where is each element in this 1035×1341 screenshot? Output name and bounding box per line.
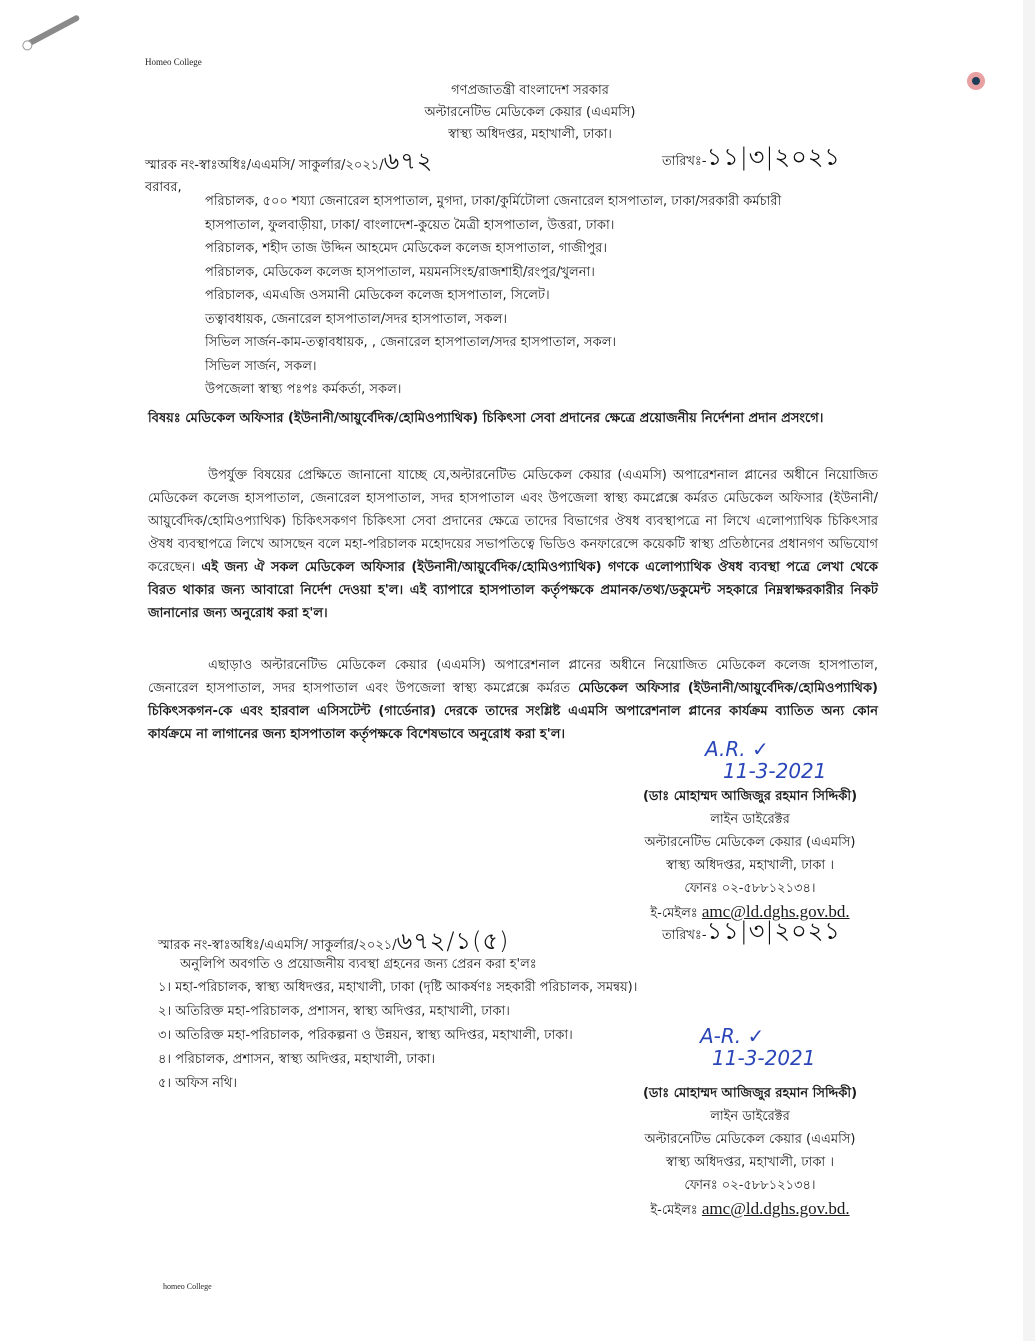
memo-date: তারিখঃ-১১|৩|২০২১ — [662, 146, 841, 173]
signatory-address: স্বাস্থ্য অধিদপ্তর, মহাখালী, ঢাকা । — [600, 854, 900, 877]
recipient-item: পরিচালক, শহীদ তাজ উদ্দিন আহমেদ মেডিকেল ক… — [205, 237, 781, 261]
recipient-item: সিভিল সার্জন, সকল। — [205, 355, 781, 379]
date-label: তারিখঃ- — [662, 154, 707, 169]
memo2-date: তারিখঃ-১১|৩|২০২১ — [662, 920, 841, 947]
footer-label: homeo College — [163, 1282, 212, 1291]
signatory-title: লাইন ডাইরেক্টর — [600, 808, 900, 831]
paragraph-1-text: উপর্যুক্ত বিষয়ের প্রেক্ষিতে জানানো যাচ্… — [148, 468, 878, 575]
cc-item: ৪। পরিচালক, প্রশাসন, স্বাস্থ্য অদিপ্তর, … — [158, 1048, 637, 1072]
email-label: ই-মেইলঃ — [650, 906, 701, 921]
signatory-org: অল্টারনেটিভ মেডিকেল কেয়ার (এএমসি) — [600, 831, 900, 854]
signatory-phone: ফোনঃ ০২-৫৮৮১২১৩৪। — [600, 1174, 900, 1197]
memo-label: স্মারক নং-স্বাঃঅধিঃ/এএমসি/ সাকুর্লার/২০২… — [145, 158, 384, 173]
header-label: Homeo College — [145, 57, 202, 67]
email-link[interactable]: amc@ld.dghs.gov.bd. — [702, 1199, 850, 1218]
signatory-address: স্বাস্থ্য অধিদপ্তর, মহাখালী, ঢাকা । — [600, 1151, 900, 1174]
email-label: ই-মেইলঃ — [650, 1203, 701, 1218]
cc-list: ১। মহা-পরিচালক, স্বাস্থ্য অধিদপ্তর, মহাখ… — [158, 976, 637, 1096]
recipient-item: হাসপাতাল, ফুলবাড়ীয়া, ঢাকা/ বাংলাদেশ-কু… — [205, 214, 781, 238]
cc-intro: অনুলিপি অবগতি ও প্রয়োজনীয় ব্যবস্থা গ্র… — [180, 953, 537, 976]
recipient-item: তত্বাবধায়ক, জেনারেল হাসপাতাল/সদর হাসপাত… — [205, 308, 781, 332]
signature-2-date: 11-3-2021 — [700, 1047, 816, 1069]
signatory-name: (ডাঃ মোহাম্মদ আজিজুর রহমান সিদ্দিকী) — [600, 1082, 900, 1105]
scan-edge — [1023, 0, 1035, 1341]
paragraph-2: এছাড়াও অল্টারনেটিভ মেডিকেল কেয়ার (এএমস… — [148, 654, 878, 746]
letterhead-line2: অল্টারনেটিভ মেডিকেল কেয়ার (এএমসি) — [380, 102, 680, 124]
paragraph-1: উপর্যুক্ত বিষয়ের প্রেক্ষিতে জানানো যাচ্… — [148, 464, 878, 625]
subject-line: বিষয়ঃ মেডিকেল অফিসার (ইউনানী/আয়ুর্বেদি… — [148, 407, 878, 430]
memo-handwritten-number: ৬৭২ — [384, 147, 434, 175]
signature-2-initials: A-R. ✓ — [700, 1025, 816, 1047]
recipient-list: পরিচালক, ৫০০ শয্যা জেনারেল হাসপাতাল, মুগ… — [205, 190, 781, 402]
signatory-block-2: (ডাঃ মোহাম্মদ আজিজুর রহমান সিদ্দিকী) লাই… — [600, 1082, 900, 1222]
to-label: বরাবর, — [145, 176, 182, 199]
cc-item: ১। মহা-পরিচালক, স্বাস্থ্য অধিদপ্তর, মহাখ… — [158, 976, 637, 1000]
recipient-item: পরিচালক, এমএজি ওসমানী মেডিকেল কলেজ হাসপা… — [205, 284, 781, 308]
letterhead-line1: গণপ্রজাতন্ত্রী বাংলাদেশ সরকার — [380, 80, 680, 102]
signatory-email-line: ই-মেইলঃ amc@ld.dghs.gov.bd. — [600, 1197, 900, 1222]
signatory-title: লাইন ডাইরেক্টর — [600, 1105, 900, 1128]
memo2-handwritten-date: ১১|৩|২০২১ — [707, 917, 841, 945]
recipient-item: সিভিল সার্জন-কাম-তত্বাবধায়ক, , জেনারেল … — [205, 331, 781, 355]
cc-item: ৫। অফিস নথি। — [158, 1072, 637, 1096]
cc-item: ২। অতিরিক্ত মহা-পরিচালক, প্রশাসন, স্বাস্… — [158, 1000, 637, 1024]
signature-2: A-R. ✓ 11-3-2021 — [700, 1025, 816, 1069]
paragraph-1-bold: এই জন্য ঐ সকল মেডিকেল অফিসার (ইউনানী/আয়… — [148, 560, 878, 621]
record-icon — [972, 77, 980, 85]
memo2-label: স্মারক নং-স্বাঃঅধিঃ/এএমসি/ সাকুর্লার/২০২… — [158, 938, 397, 953]
recipient-item: পরিচালক, মেডিকেল কলেজ হাসপাতাল, ময়মনসিং… — [205, 261, 781, 285]
recipient-item: উপজেলা স্বাস্থ্য পঃপঃ কর্মকর্তা, সকল। — [205, 378, 781, 402]
memo-line: স্মারক নং-স্বাঃঅধিঃ/এএমসি/ সাকুর্লার/২০২… — [145, 150, 433, 177]
signatory-phone: ফোনঃ ০২-৫৮৮১২১৩৪। — [600, 877, 900, 900]
date-label: তারিখঃ- — [662, 928, 707, 943]
signatory-org: অল্টারনেটিভ মেডিকেল কেয়ার (এএমসি) — [600, 1128, 900, 1151]
signatory-block-1: (ডাঃ মোহাম্মদ আজিজুর রহমান সিদ্দিকী) লাই… — [600, 785, 900, 925]
pencil-mark-icon — [25, 14, 81, 47]
signature-1-date: 11-3-2021 — [705, 760, 827, 782]
signature-1: A.R. ✓ 11-3-2021 — [705, 738, 827, 782]
signatory-name: (ডাঃ মোহাম্মদ আজিজুর রহমান সিদ্দিকী) — [600, 785, 900, 808]
recipient-item: পরিচালক, ৫০০ শয্যা জেনারেল হাসপাতাল, মুগ… — [205, 190, 781, 214]
record-button[interactable] — [967, 72, 985, 90]
memo-handwritten-date: ১১|৩|২০২১ — [707, 143, 841, 171]
signature-1-initials: A.R. ✓ — [705, 738, 827, 760]
cc-item: ৩। অতিরিক্ত মহা-পরিচালক, পরিকল্পনা ও উন্… — [158, 1024, 637, 1048]
letterhead-line3: স্বাস্থ্য অধিদপ্তর, মহাখালী, ঢাকা। — [380, 124, 680, 146]
memo2-handwritten-number: ৬৭২/১(৫) — [397, 927, 510, 955]
